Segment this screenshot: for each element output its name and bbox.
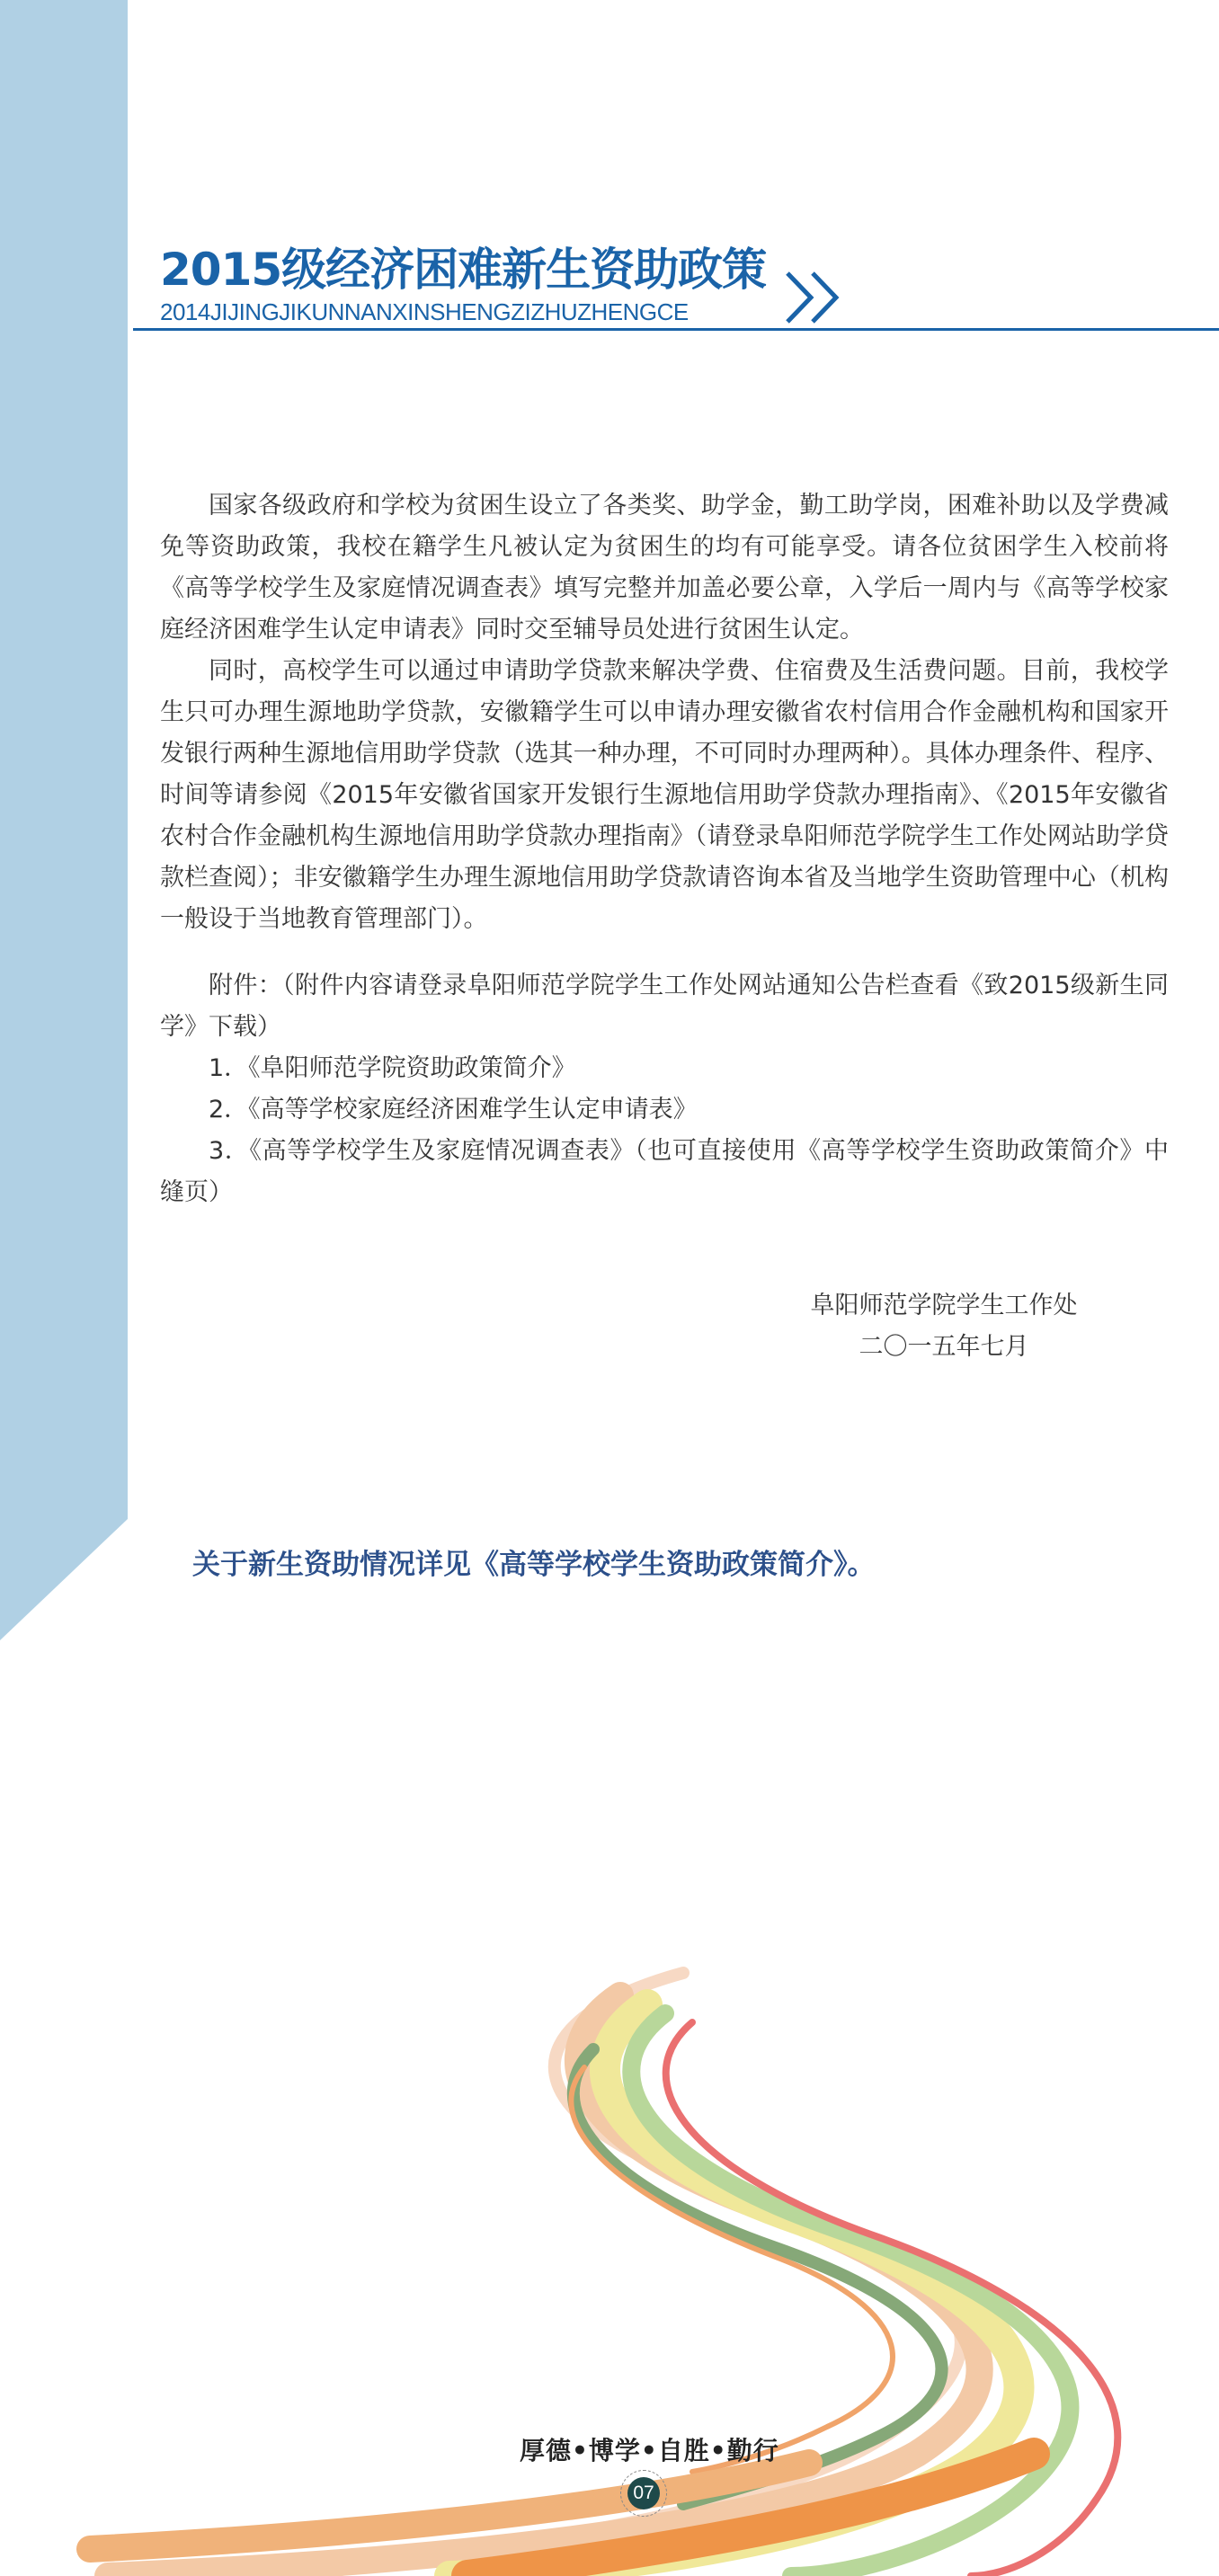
paragraph-gap <box>160 940 1169 965</box>
page-number-badge: 07 <box>620 2470 667 2517</box>
page-title: 2015级经济困难新生资助政策 <box>160 238 766 301</box>
paragraph-2: 同时，高校学生可以通过申请助学贷款来解决学费、住宿费及生活费问题。目前，我校学生… <box>160 651 1169 940</box>
signature-date: 二〇一五年七月 <box>773 1327 1115 1368</box>
paragraph-1: 国家各级政府和学校为贫困生设立了各类奖、助学金，勤工助学岗，困难补助以及学费减免… <box>160 485 1169 651</box>
side-band-decoration <box>0 0 128 1645</box>
attachment-item-2: 2．《高等学校家庭经济困难学生认定申请表》 <box>160 1089 1169 1131</box>
attachment-item-3: 3．《高等学校学生及家庭情况调查表》（也可直接使用《高等学校学生资助政策简介》中… <box>160 1131 1169 1213</box>
signature-org: 阜阳师范学院学生工作处 <box>773 1285 1115 1327</box>
reference-note: 关于新生资助情况详见《高等学校学生资助政策简介》。 <box>192 1541 876 1582</box>
section-header: 2015级经济困难新生资助政策 2014JIJINGJIKUNNANXINSHE… <box>133 238 1219 337</box>
school-motto: 厚德•博学•自胜•勤行 <box>520 2431 779 2467</box>
signature-block: 阜阳师范学院学生工作处 二〇一五年七月 <box>773 1285 1115 1368</box>
policy-body: 国家各级政府和学校为贫困生设立了各类奖、助学金，勤工助学岗，困难补助以及学费减免… <box>160 485 1169 1213</box>
page-subtitle-pinyin: 2014JIJINGJIKUNNANXINSHENGZIZHUZHENGCE <box>160 298 689 325</box>
page-number: 07 <box>627 2477 660 2509</box>
double-chevron-right-icon <box>782 270 845 325</box>
rainbow-swoosh-decoration <box>0 1959 1219 2576</box>
attachment-intro: 附件：（附件内容请登录阜阳师范学院学生工作处网站通知公告栏查看《致2015级新生… <box>160 965 1169 1048</box>
header-divider <box>133 328 1219 331</box>
attachment-item-1: 1．《阜阳师范学院资助政策简介》 <box>160 1048 1169 1089</box>
